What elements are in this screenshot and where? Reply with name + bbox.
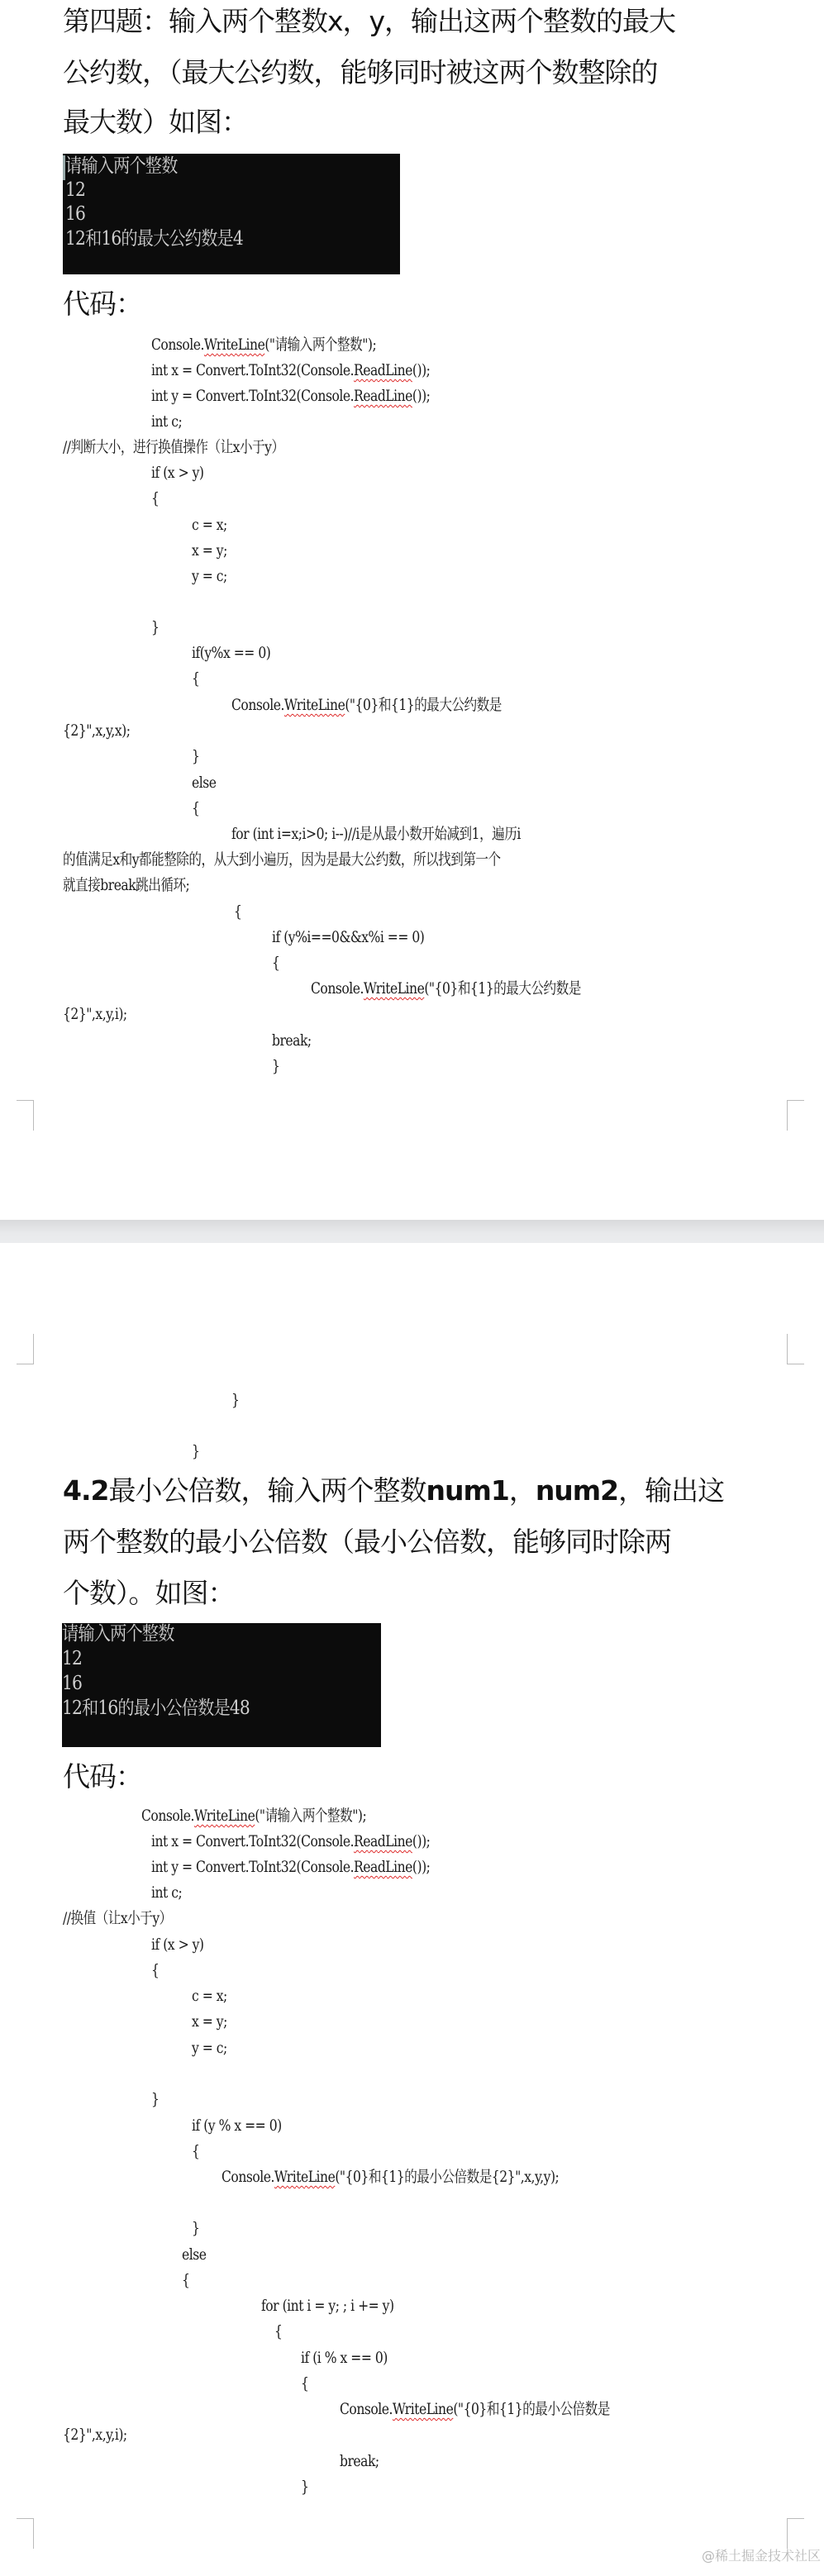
code-line: y = c;: [192, 2038, 227, 2058]
code-line: {2}",x,y,i);: [63, 2425, 127, 2445]
code-line: Console.WriteLine("{0}和{1}的最大公约数是: [231, 695, 502, 715]
code-line: {2}",x,y,i);: [63, 1004, 127, 1024]
section42-heading-line3: 个数）。如图：: [63, 1577, 235, 1610]
code-line: else: [182, 2245, 206, 2264]
section4-heading-line3: 最大数）如图：: [63, 106, 248, 139]
code-comment: //换值（让x小于y）: [63, 1908, 172, 1928]
code-line: {: [274, 2321, 282, 2341]
console-line: 请输入两个整数: [62, 1621, 174, 1646]
section4-code-label: 代码：: [63, 288, 142, 321]
code-line: }: [192, 746, 199, 766]
code-line: Console.WriteLine("{0}和{1}的最大公约数是: [311, 978, 581, 998]
code-line: if (x > y): [151, 1935, 203, 1955]
page-corner-mark: [17, 2518, 34, 2549]
console-lcm-display: 请输入两个整数 12 16 12和16的最小公倍数是48: [62, 1623, 381, 1747]
code-line: {: [182, 2270, 189, 2290]
console-line: 12: [65, 178, 85, 202]
code-line: int c;: [151, 1883, 182, 1902]
code-line: {: [151, 488, 159, 508]
watermark: @稀土掘金技术社区: [702, 2545, 821, 2564]
section42-heading-line2: 两个整数的最小公倍数（最小公倍数，能够同时除两: [63, 1526, 671, 1559]
code-line: Console.WriteLine("请输入两个整数");: [151, 335, 376, 355]
section42-code-label: 代码：: [63, 1760, 142, 1793]
console-line: 请输入两个整数: [65, 154, 178, 179]
code-line: if (x > y): [151, 463, 203, 483]
code-line: {: [234, 902, 241, 921]
code-line: if (y % x == 0): [192, 2116, 282, 2136]
console-line: 16: [62, 1671, 82, 1696]
code-comment: //判断大小，进行换值操作（让x小于y）: [63, 437, 284, 457]
code-line: if (i % x == 0): [301, 2348, 388, 2368]
code-line: x = y;: [192, 540, 227, 560]
code-line: int x = Convert.ToInt32(Console.ReadLine…: [151, 360, 430, 380]
code-line: }: [151, 617, 159, 637]
code-line: y = c;: [192, 566, 227, 586]
page-break: [0, 1220, 824, 1243]
code-comment: 的值满足x和y都能整除的，从大到小遍历，因为是最大公约数，所以找到第一个: [63, 850, 501, 869]
page-corner-mark: [17, 1334, 34, 1364]
code-line: {: [192, 669, 199, 688]
code-line: {: [192, 798, 199, 818]
code-line: Console.WriteLine("请输入两个整数");: [141, 1806, 366, 1826]
code-line: {: [192, 2141, 199, 2161]
section4-heading-line2: 公约数，（最大公约数，能够同时被这两个数整除的: [63, 56, 658, 89]
page-corner-mark: [787, 1334, 804, 1364]
code-line: else: [192, 773, 216, 793]
page-corner-mark: [17, 1100, 34, 1131]
code-line: int y = Convert.ToInt32(Console.ReadLine…: [151, 386, 430, 406]
code-line: Console.WriteLine("{0}和{1}的最小公倍数是: [340, 2399, 610, 2419]
page-corner-mark: [787, 2518, 804, 2549]
code-line: int x = Convert.ToInt32(Console.ReadLine…: [151, 1831, 430, 1851]
code-line: break;: [272, 1031, 312, 1050]
code-line: c = x;: [192, 515, 227, 535]
console-line: 12: [62, 1646, 82, 1671]
code-line: }: [192, 1441, 199, 1461]
code-line: }: [272, 1056, 279, 1076]
code-line: {: [301, 2374, 308, 2393]
code-line: if (y%i==0&&x%i == 0): [272, 927, 424, 947]
console-line: 16: [65, 202, 85, 226]
console-gcd-display: 请输入两个整数 12 16 12和16的最大公约数是4: [63, 154, 400, 274]
code-line: break;: [340, 2451, 379, 2471]
section4-heading-line1: 第四题：输入两个整数x，y，输出这两个整数的最大: [63, 5, 675, 38]
code-line: Console.WriteLine("{0}和{1}的最小公倍数是{2}",x,…: [221, 2167, 559, 2187]
code-line: }: [192, 2218, 199, 2238]
code-line: for (int i=x;i>0; i--)//i是从最小数开始减到1，遍历i: [231, 824, 521, 844]
code-line: {: [151, 1960, 159, 1980]
code-comment: 就直接break跳出循环;: [63, 875, 189, 895]
code-line: c = x;: [192, 1986, 227, 2006]
code-line: }: [231, 1390, 239, 1410]
code-line: x = y;: [192, 2012, 227, 2031]
code-line: {: [272, 953, 279, 973]
code-line: {2}",x,y,x);: [63, 721, 131, 740]
section42-heading-line1: 4.2最小公倍数，输入两个整数num1，num2，输出这: [63, 1474, 724, 1507]
code-line: int y = Convert.ToInt32(Console.ReadLine…: [151, 1857, 430, 1877]
code-line: }: [151, 2089, 159, 2109]
code-line: for (int i = y; ; i += y): [261, 2296, 394, 2316]
page-corner-mark: [787, 1100, 804, 1131]
code-line: if(y%x == 0): [192, 643, 270, 663]
console-line: 12和16的最大公约数是4: [65, 226, 243, 251]
console-line: 12和16的最小公倍数是48: [62, 1696, 250, 1721]
code-line: }: [301, 2477, 308, 2497]
code-line: int c;: [151, 412, 182, 431]
